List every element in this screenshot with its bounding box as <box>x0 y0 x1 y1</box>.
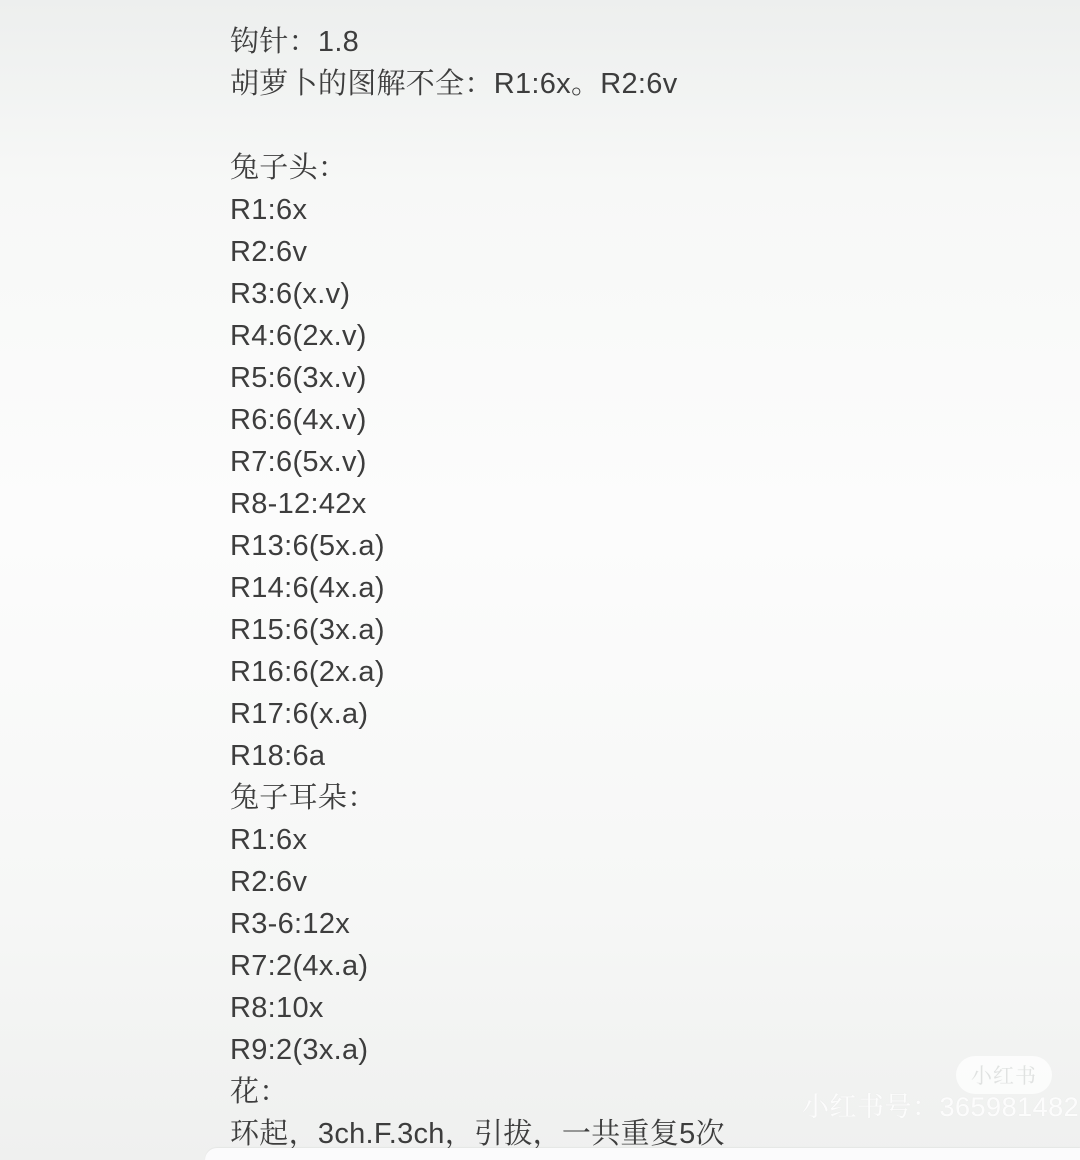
pattern-text-block: 钩针：1.8 胡萝卜的图解不全：R1:6x。R2:6v 兔子头： R1:6x R… <box>230 21 725 1155</box>
pattern-row: R7:2(4x.a) <box>230 945 725 987</box>
pattern-row: R2:6v <box>230 231 725 273</box>
pattern-row: R5:6(3x.v) <box>230 357 725 399</box>
pattern-row: R3:6(x.v) <box>230 273 725 315</box>
pattern-row: R3-6:12x <box>230 903 725 945</box>
hook-size-line: 钩针：1.8 <box>230 21 725 63</box>
section-title-flower: 花： <box>230 1071 725 1113</box>
xiaohongshu-id-watermark: 小红书号：365981482 <box>802 1089 1079 1125</box>
pattern-row: R4:6(2x.v) <box>230 315 725 357</box>
pattern-row: R18:6a <box>230 735 725 777</box>
pattern-row: R8-12:42x <box>230 483 725 525</box>
next-card-edge <box>205 1148 1080 1160</box>
pattern-row: R17:6(x.a) <box>230 693 725 735</box>
pattern-row: R13:6(5x.a) <box>230 525 725 567</box>
pattern-row: R9:2(3x.a) <box>230 1029 725 1071</box>
blank-line <box>230 105 725 147</box>
crochet-pattern-note-photo: 钩针：1.8 胡萝卜的图解不全：R1:6x。R2:6v 兔子头： R1:6x R… <box>0 0 1080 1160</box>
section-title-bunny-ears: 兔子耳朵： <box>230 777 725 819</box>
pattern-row: R1:6x <box>230 819 725 861</box>
pattern-row: R14:6(4x.a) <box>230 567 725 609</box>
pattern-row: R7:6(5x.v) <box>230 441 725 483</box>
pattern-row: R2:6v <box>230 861 725 903</box>
pattern-row: R16:6(2x.a) <box>230 651 725 693</box>
section-title-bunny-head: 兔子头： <box>230 147 725 189</box>
pattern-row: R15:6(3x.a) <box>230 609 725 651</box>
carrot-note-line: 胡萝卜的图解不全：R1:6x。R2:6v <box>230 63 725 105</box>
xiaohongshu-logo-label: 小红书 <box>971 1060 1037 1090</box>
pattern-row: R8:10x <box>230 987 725 1029</box>
pattern-row: R6:6(4x.v) <box>230 399 725 441</box>
pattern-row: R1:6x <box>230 189 725 231</box>
